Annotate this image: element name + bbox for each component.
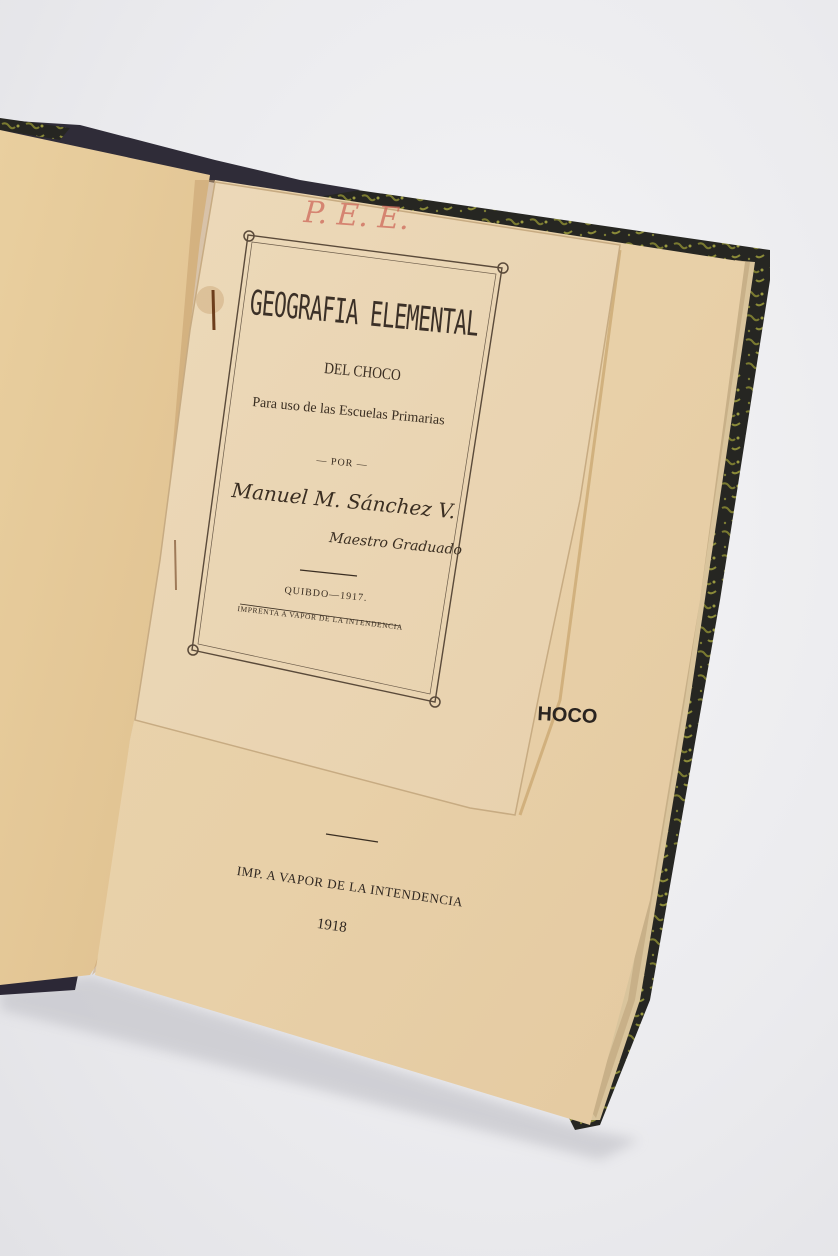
- book-partial-title: HOCO: [537, 703, 598, 729]
- red-stamp-initials: P. E. E.: [303, 195, 411, 237]
- book-photo-scene: [0, 0, 838, 1256]
